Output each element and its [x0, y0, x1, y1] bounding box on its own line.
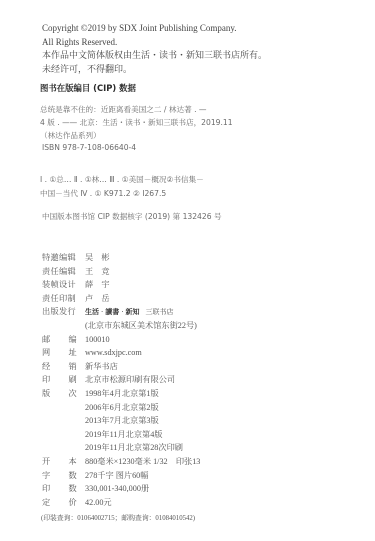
credit-row-price: 定 价 42.00元	[42, 497, 200, 511]
credit-value: 吴 彬	[83, 252, 110, 263]
credit-row-publisher-address: (北京市东城区美术馆东街22号)	[42, 320, 200, 334]
credit-label: 定 价	[42, 497, 77, 508]
edition-continuation: 2019年11月北京第28次印刷	[42, 442, 200, 456]
credit-row-editor: 责任编辑 王 竞	[42, 266, 200, 280]
cip-title-author-line: 总统是靠不住的：近距离看美国之二 / 林达著 . —	[40, 104, 233, 117]
edition-continuation: 2006年6月北京第2版	[42, 402, 200, 416]
credit-value: 卢 岳	[83, 293, 110, 304]
credit-label: 责任编辑	[42, 266, 83, 277]
no-reprint-line: 未经许可，不得翻印。	[42, 63, 267, 77]
word-count-value: 278千字 图片60幅	[83, 470, 148, 481]
credit-row-printer: 印 刷 北京市松源印刷有限公司	[42, 374, 200, 388]
credit-label: 特邀编辑	[42, 252, 83, 263]
edition-continuation: 2013年7月北京第3版	[42, 415, 200, 429]
format-value: 880毫米×1230毫米 1/32 印张13	[83, 456, 200, 467]
credit-row-special-editor: 特邀编辑 吴 彬	[42, 252, 200, 266]
inquiry-contact-note: (印装查询：01064002715；邮购查询：01084010542)	[41, 512, 195, 522]
copyright-line: Copyright ©2019 by SDX Joint Publishing …	[42, 22, 267, 36]
cip-isbn-line: ISBN 978-7-108-06640-4	[40, 142, 233, 155]
cip-title: 图书在版编目 (CIP) 数据	[40, 82, 136, 94]
edition-continuation: 2019年11月北京第4版	[42, 429, 200, 443]
edition-value: 1998年4月北京第1版	[83, 388, 159, 399]
copyright-page: Copyright ©2019 by SDX Joint Publishing …	[0, 0, 375, 541]
credit-row-distributor: 经 销 新华书店	[42, 361, 200, 375]
edition-value: 2019年11月北京第4版	[83, 429, 162, 440]
cip-record-number: 中国版本图书馆 CIP 数据核字 (2019) 第 132426 号	[42, 211, 222, 222]
printer-value: 北京市松源印刷有限公司	[83, 374, 175, 385]
credit-row-format: 开 本 880毫米×1230毫米 1/32 印张13	[42, 456, 200, 470]
credit-row-print-supervisor: 责任印制 卢 岳	[42, 293, 200, 307]
credit-label: 网 址	[42, 347, 77, 358]
website-value: www.sdxjpc.com	[83, 348, 142, 357]
price-value: 42.00元	[83, 497, 112, 508]
cip-classification-line: 中国－当代 Ⅳ . ① K971.2 ② I267.5	[40, 187, 204, 201]
publisher-logo: 生活 · 讀書 · 新知 三联书店	[85, 307, 173, 317]
credit-label: 经 销	[42, 361, 77, 372]
credit-row-print-run: 印 数 330,001-340,000册	[42, 483, 200, 497]
credit-label: 版 次	[42, 388, 77, 399]
credit-value: 王 竞	[83, 266, 110, 277]
cip-classification: Ⅰ . ①总… Ⅱ . ①林… Ⅲ . ①美国－概况②书信集－ 中国－当代 Ⅳ …	[40, 173, 204, 201]
credit-value: 薛 宇	[83, 279, 110, 290]
credit-label: 印 刷	[42, 374, 77, 385]
postcode-value: 100010	[83, 335, 110, 344]
rights-reserved-line: All Rights Reserved.	[42, 36, 267, 50]
credit-label: 邮 编	[42, 334, 77, 345]
credit-row-postcode: 邮 编 100010	[42, 334, 200, 348]
copyright-notice: Copyright ©2019 by SDX Joint Publishing …	[42, 22, 267, 76]
credit-label: 开 本	[42, 456, 77, 467]
credit-label: 责任印制	[42, 293, 83, 304]
edition-value: 2006年6月北京第2版	[83, 402, 159, 413]
distributor-value: 新华书店	[83, 361, 118, 372]
chinese-rights-line: 本作品中文简体版权由生活・读书・新知三联书店所有。	[42, 49, 267, 63]
credit-row-designer: 装帧设计 薛 宇	[42, 279, 200, 293]
credit-label: 出版发行	[42, 306, 83, 317]
cip-series-line: （林达作品系列）	[40, 130, 233, 143]
credit-row-publisher: 出版发行 生活 · 讀書 · 新知 三联书店	[42, 306, 200, 320]
cip-body: 总统是靠不住的：近距离看美国之二 / 林达著 . — 4 版 . —— 北京：生…	[40, 104, 233, 155]
print-run-value: 330,001-340,000册	[83, 483, 149, 494]
cip-classification-line: Ⅰ . ①总… Ⅱ . ①林… Ⅲ . ①美国－概况②书信集－	[40, 173, 204, 187]
credit-label: 印 数	[42, 483, 77, 494]
publisher-address: (北京市东城区美术馆东街22号)	[83, 320, 197, 331]
credit-label: 字 数	[42, 470, 77, 481]
edition-value: 2013年7月北京第3版	[83, 415, 159, 426]
credit-row-edition: 版 次 1998年4月北京第1版	[42, 388, 200, 402]
credits-block: 特邀编辑 吴 彬 责任编辑 王 竞 装帧设计 薛 宇 责任印制 卢 岳 出版发行…	[42, 252, 200, 510]
cip-edition-publisher-line: 4 版 . —— 北京：生活・读书・新知三联书店，2019.11	[40, 117, 233, 130]
printing-value: 2019年11月北京第28次印刷	[83, 442, 183, 453]
credit-row-word-count: 字 数 278千字 图片60幅	[42, 470, 200, 484]
credit-row-website: 网 址 www.sdxjpc.com	[42, 347, 200, 361]
credit-label: 装帧设计	[42, 279, 83, 290]
